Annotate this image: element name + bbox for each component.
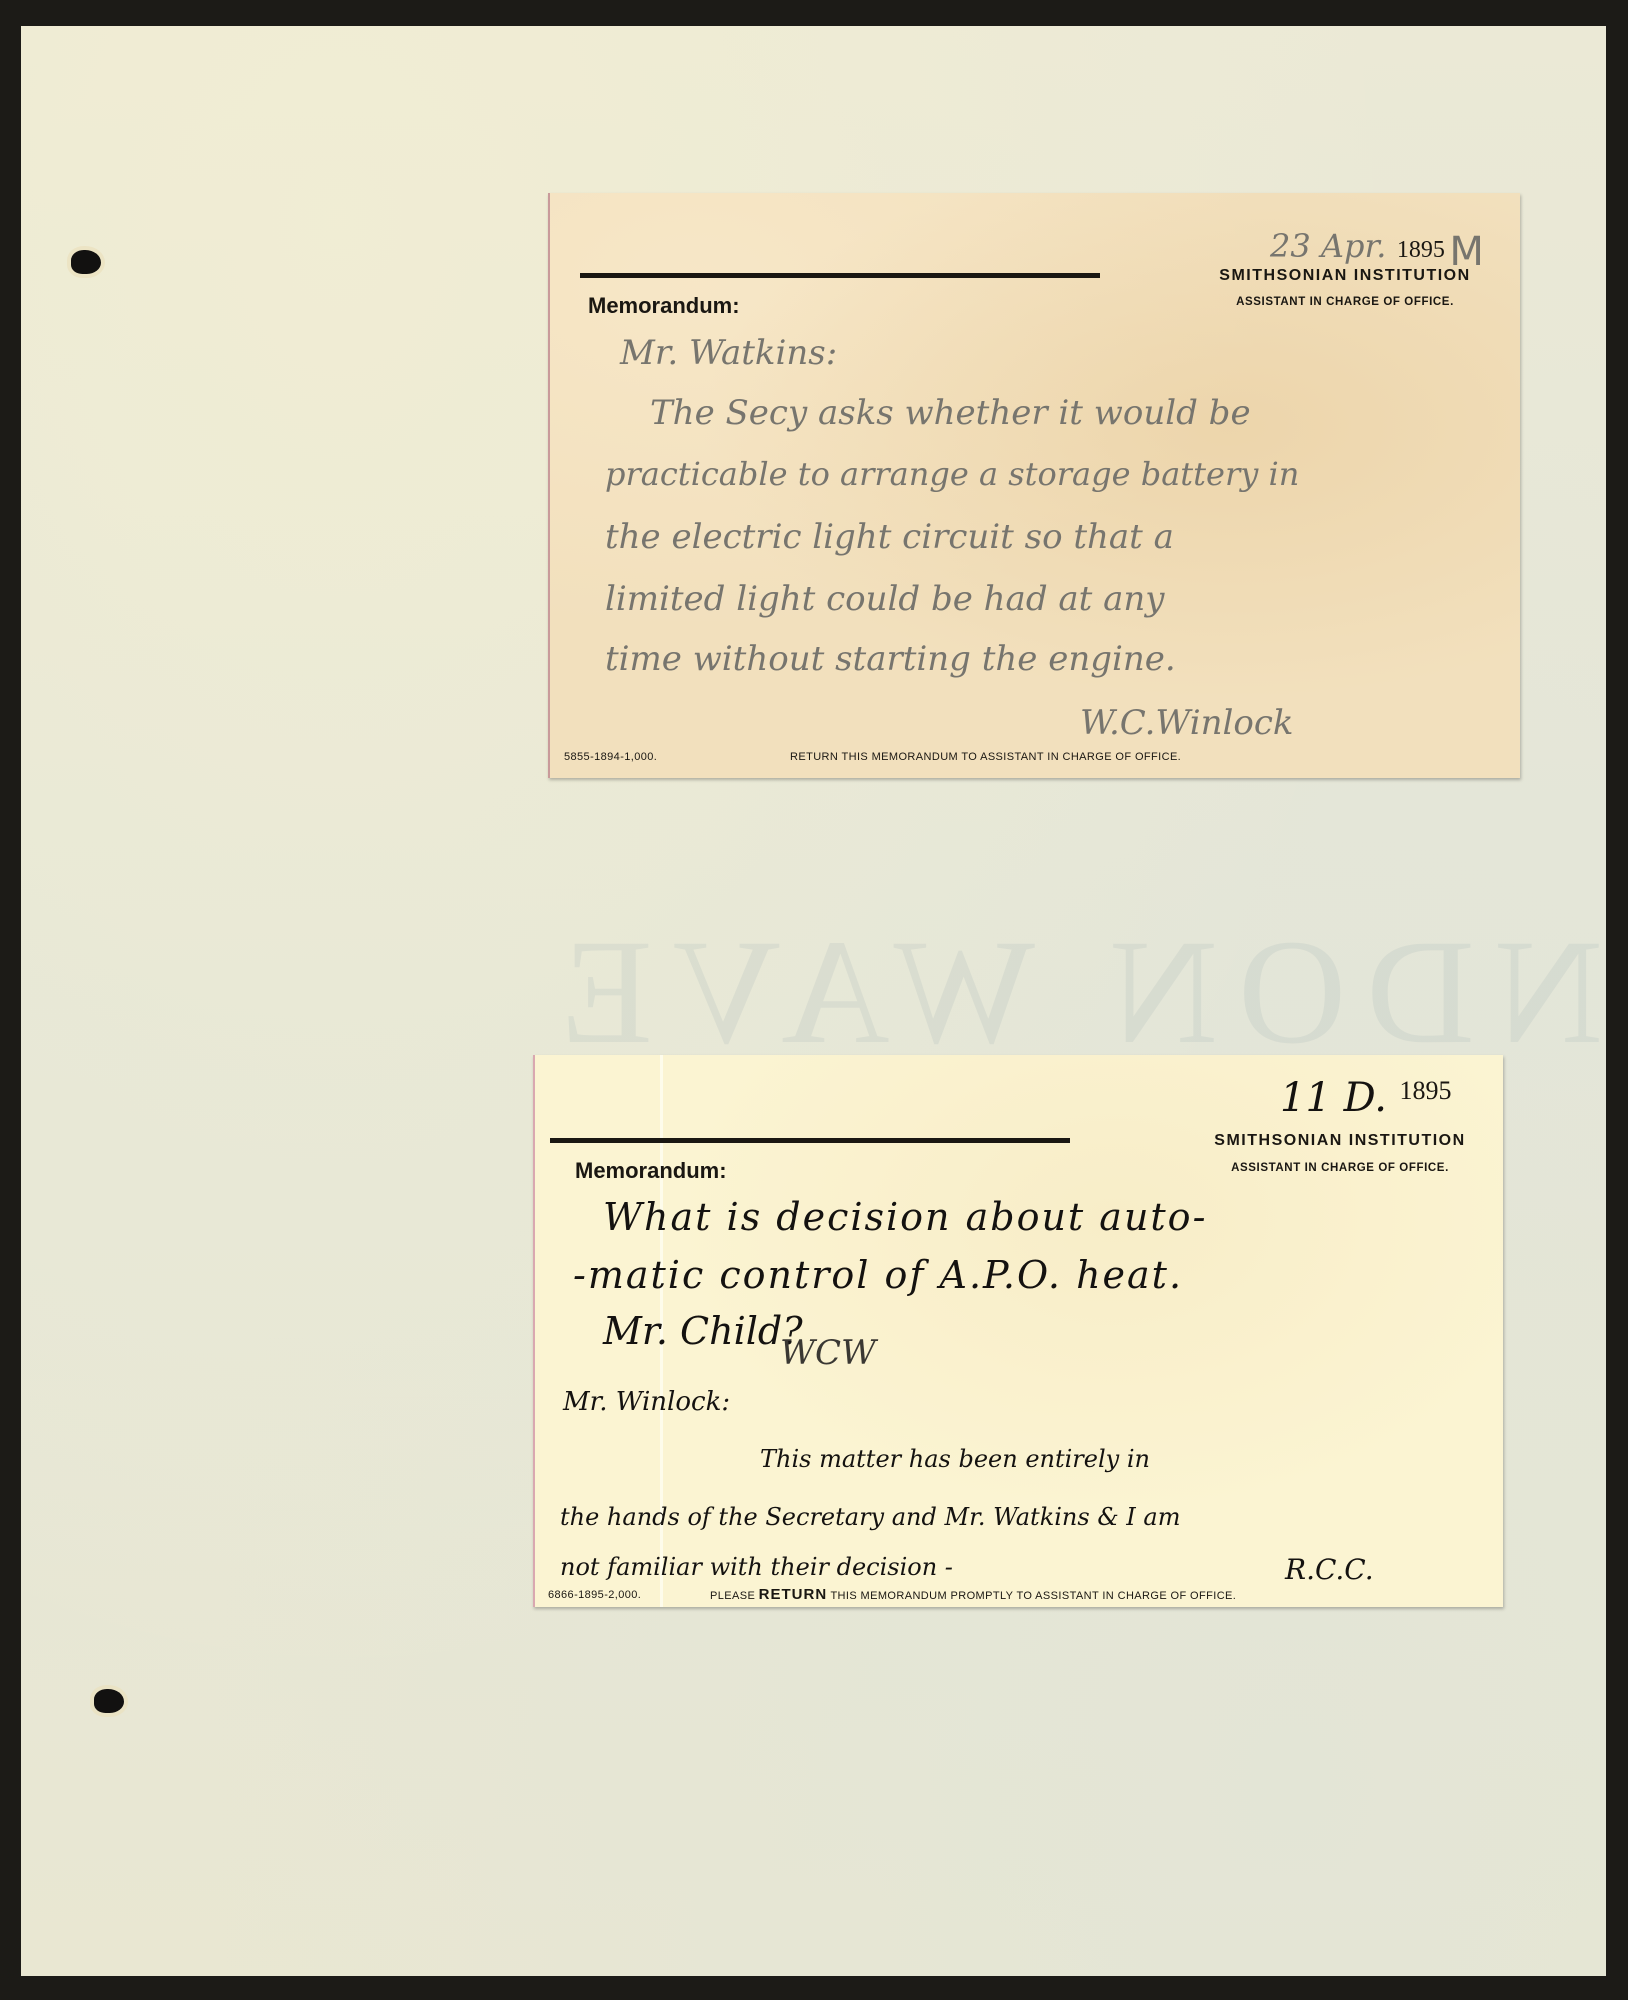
memo2-institution: SMITHSONIAN INSTITUTION [1185,1132,1495,1150]
memo2-reply-line: the hands of the Secretary and Mr. Watki… [560,1503,1180,1531]
memo1-date-year: 1895 [1397,237,1445,263]
memo2-date-handwritten: 11 D. [1280,1075,1387,1121]
memo1-institution-sub: ASSISTANT IN CHARGE OF OFFICE. [1190,296,1500,308]
memo1-signature: W.C.Winlock [1080,703,1294,743]
memo2-question-line: What is decision about auto- [603,1195,1207,1239]
memo2-memorandum-label: Memorandum: [575,1158,727,1184]
memo2-header-rule [550,1138,1070,1143]
memo1-body-line: the electric light circuit so that a [605,517,1174,557]
memo2-reply-salutation: Mr. Winlock: [563,1387,730,1417]
memo2-date-year: 1895 [1399,1076,1451,1105]
memo1-date: 23 Apr. 1895 M [1270,221,1484,267]
memo1-body-line: The Secy asks whether it would be [650,393,1251,433]
memo1-form-number: 5855-1894-1,000. [564,751,657,763]
paper-watermark: LONDON WAVE [541,906,1628,1078]
memo2-reply-line: not familiar with their decision - [560,1553,953,1581]
memo2-question-line: Mr. Child? [603,1309,803,1353]
memo1-body-line: limited light could be had at any [605,579,1165,619]
memo2-footer: PLEASE RETURN THIS MEMORANDUM PROMPTLY T… [710,1586,1236,1603]
memo2-institution-sub: ASSISTANT IN CHARGE OF OFFICE. [1185,1162,1495,1174]
memo2-reply-line: This matter has been entirely in [760,1445,1150,1473]
memo1-date-handwritten: 23 Apr. [1270,227,1386,265]
memo1-memorandum-label: Memorandum: [588,293,740,319]
memorandum-card-2: 11 D. 1895 SMITHSONIAN INSTITUTION ASSIS… [533,1055,1503,1607]
memo1-header-rule [580,273,1100,278]
memo2-date: 11 D. 1895 [1280,1075,1451,1121]
memo1-salutation: Mr. Watkins: [620,333,837,373]
memo2-reply-initials: R.C.C. [1285,1553,1374,1586]
memo1-institution: SMITHSONIAN INSTITUTION [1190,267,1500,285]
memorandum-card-1: 23 Apr. 1895 M SMITHSONIAN INSTITUTION A… [548,193,1520,778]
memo2-footer-prefix: PLEASE [710,1590,755,1602]
memo2-question-line: -matic control of A.P.O. heat. [573,1253,1183,1297]
memo1-body-line: time without starting the engine. [605,639,1176,679]
memo2-form-number: 6866-1895-2,000. [548,1589,641,1601]
memo2-footer-suffix: THIS MEMORANDUM PROMPTLY TO ASSISTANT IN… [830,1590,1236,1602]
memo1-footer: RETURN THIS MEMORANDUM TO ASSISTANT IN C… [790,751,1181,763]
memo2-footer-emphasis: RETURN [759,1586,828,1603]
memo1-body-line: practicable to arrange a storage battery… [605,455,1299,493]
punch-hole-bottom [94,1689,124,1713]
punch-hole-top [71,250,101,274]
memo2-question-initials: WCW [780,1333,876,1373]
